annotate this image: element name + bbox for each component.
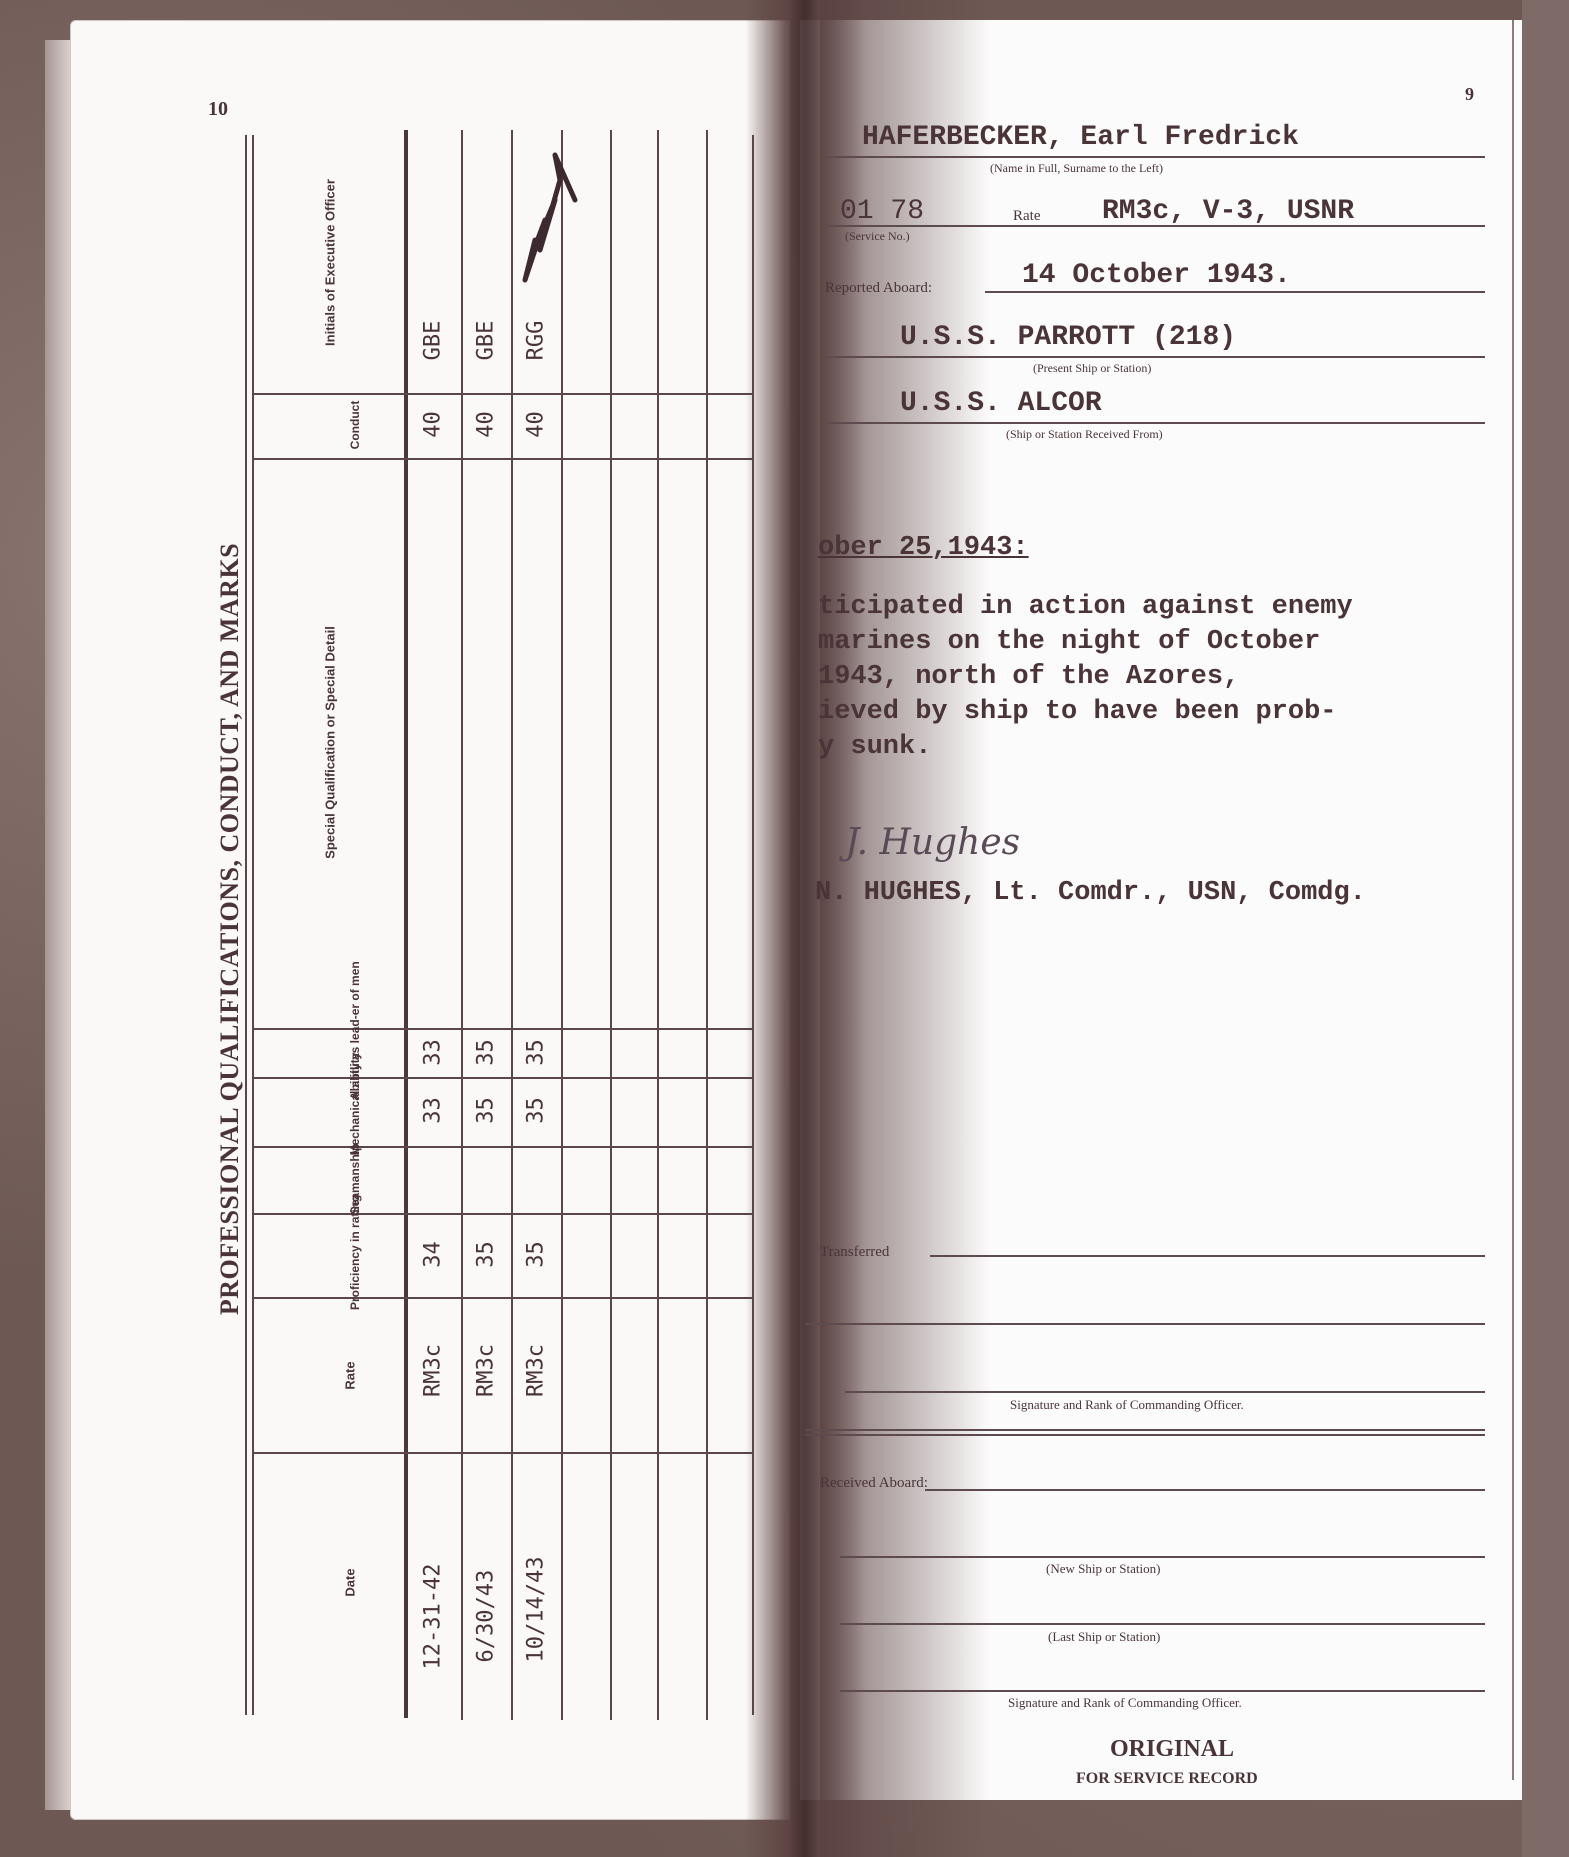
transferred-rule <box>930 1255 1485 1257</box>
table-border-left-inner <box>252 135 254 1715</box>
commanding-officer-typed-name: N. HUGHES, Lt. Comdr., USN, Comdg. <box>815 878 1366 908</box>
cell-rate-row3: RM3c <box>524 1331 549 1411</box>
rate-label: Rate <box>1013 208 1041 225</box>
rate-rule <box>825 225 1485 227</box>
row-divider-conduct-special <box>252 458 752 460</box>
col-line <box>561 130 563 1720</box>
cell-proficiency-row2: 35 <box>474 1215 499 1295</box>
new-ship-rule <box>840 1556 1485 1558</box>
received-signature-caption: Signature and Rank of Commanding Officer… <box>1008 1695 1242 1711</box>
header-date: Date <box>343 1533 358 1633</box>
handwritten-initials-signature <box>505 140 585 290</box>
entry-line-5: y sunk. <box>818 732 931 762</box>
rate-value: RM3c, V-3, USNR <box>1102 196 1354 227</box>
present-ship: U.S.S. PARROTT (218) <box>900 322 1236 353</box>
cell-date-row3: 10/14/43 <box>524 1533 549 1663</box>
received-from-caption: (Ship or Station Received From) <box>1006 427 1163 442</box>
transfer-line-2 <box>805 1323 1485 1325</box>
received-sig-rule <box>840 1690 1485 1692</box>
received-aboard-rule <box>925 1489 1485 1491</box>
cell-date-row2: 6/30/43 <box>474 1533 499 1663</box>
cell-mechanical-row3: 35 <box>524 1071 549 1151</box>
col-line <box>610 130 612 1720</box>
cell-mechanical-row1: 33 <box>421 1071 446 1151</box>
entry-line-4: ieved by ship to have been prob- <box>818 697 1336 727</box>
gutter-shadow <box>820 0 990 1857</box>
service-no-caption: (Service No.) <box>845 229 910 244</box>
table-header-divider <box>404 130 408 1718</box>
transfer-signature-caption: Signature and Rank of Commanding Officer… <box>1010 1397 1244 1413</box>
header-proficiency: Proficiency in rating <box>348 1200 362 1310</box>
sailor-name: HAFERBECKER, Earl Fredrick <box>862 122 1299 153</box>
cell-proficiency-row3: 35 <box>524 1215 549 1295</box>
for-service-record: FOR SERVICE RECORD <box>1076 1770 1258 1788</box>
cell-mechanical-row2: 35 <box>474 1071 499 1151</box>
present-ship-caption: (Present Ship or Station) <box>1033 361 1151 376</box>
table-border-left <box>245 135 247 1715</box>
service-number: 01 78 <box>840 196 924 227</box>
cell-rate-row1: RM3c <box>421 1331 446 1411</box>
row-divider-seamanship-proficiency <box>252 1213 752 1215</box>
row-divider-leadership-mechanical <box>252 1077 752 1079</box>
entry-line-1: ticipated in action against enemy <box>818 592 1353 622</box>
received-aboard-label: Received Aboard: <box>820 1475 928 1492</box>
right-binding <box>1522 0 1569 1857</box>
cell-proficiency-row1: 34 <box>421 1215 446 1295</box>
transferred-label: Transferred <box>820 1244 889 1261</box>
present-ship-rule <box>825 356 1485 358</box>
name-caption: (Name in Full, Surname to the Left) <box>990 161 1163 176</box>
cell-conduct-row2: 40 <box>474 385 499 465</box>
col-line <box>461 130 463 1720</box>
cell-initials-row1: GBE <box>421 301 446 381</box>
col-line <box>706 130 708 1720</box>
reported-aboard-label: Reported Aboard: <box>825 280 932 297</box>
col-line <box>511 130 513 1720</box>
row-divider-special-leadership <box>252 1028 752 1030</box>
row-divider-initials-conduct <box>252 393 752 395</box>
last-ship-rule <box>840 1623 1485 1625</box>
header-rate: Rate <box>343 1326 358 1426</box>
reported-rule <box>985 291 1485 293</box>
cell-conduct-row3: 40 <box>524 385 549 465</box>
section-double-rule-2 <box>805 1434 1485 1436</box>
row-divider-rate-date <box>252 1452 752 1454</box>
original-stamp: ORIGINAL <box>1110 1736 1234 1763</box>
row-divider-mechanical-seamanship <box>252 1146 752 1148</box>
reported-aboard-date: 14 October 1943. <box>1022 260 1291 291</box>
received-from-ship: U.S.S. ALCOR <box>900 388 1102 419</box>
cell-rate-row2: RM3c <box>474 1331 499 1411</box>
cell-date-row1: 12-31-42 <box>421 1540 446 1670</box>
col-line <box>657 130 659 1720</box>
page-number-right: 9 <box>1465 84 1474 105</box>
entry-line-3: 1943, north of the Azores, <box>818 662 1239 692</box>
cell-conduct-row1: 40 <box>421 385 446 465</box>
last-ship-caption: (Last Ship or Station) <box>1048 1629 1160 1645</box>
transfer-sig-rule <box>845 1391 1485 1393</box>
new-ship-caption: (New Ship or Station) <box>1046 1561 1160 1577</box>
row-divider-proficiency-rate <box>252 1297 752 1299</box>
header-initials: Initials of Executive Officer <box>323 143 338 383</box>
received-from-rule <box>825 422 1485 424</box>
section-title: PROFESSIONAL QUALIFICATIONS, CONDUCT, AN… <box>215 474 245 1384</box>
page-number-left: 10 <box>208 98 228 121</box>
section-double-rule-1 <box>805 1429 1485 1431</box>
header-conduct: Conduct <box>348 370 362 480</box>
entry-heading-date: ober 25,1943: <box>818 533 1029 563</box>
cell-initials-row2: GBE <box>474 301 499 381</box>
commanding-officer-signature: J. Hughes <box>845 822 1020 863</box>
header-special-qualification: Special Qualification or Special Detail <box>323 543 338 943</box>
name-rule <box>825 156 1485 158</box>
entry-line-2: marines on the night of October <box>818 627 1320 657</box>
right-page-border <box>1512 20 1514 1780</box>
cell-initials-row3: RGG <box>524 301 549 381</box>
